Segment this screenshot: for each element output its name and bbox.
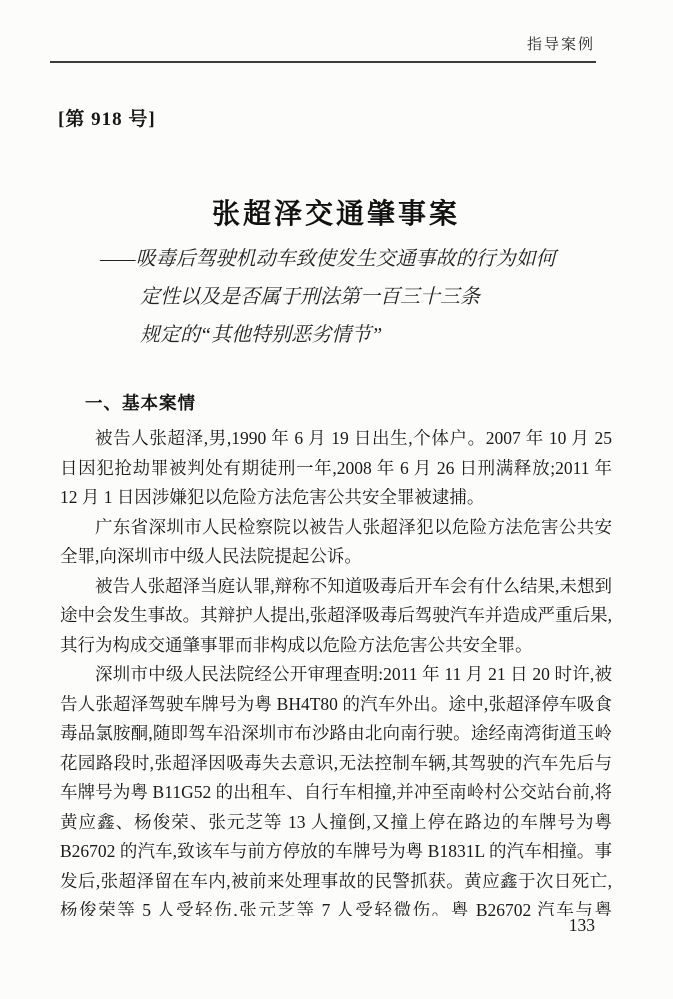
- case-number: [第 918 号]: [58, 104, 156, 131]
- page-number: 133: [60, 915, 595, 936]
- paragraph-court-findings: 深圳市中级人民法院经公开审理查明:2011 年 11 月 21 日 20 时许,…: [60, 660, 612, 916]
- case-title: 张超泽交通肇事案: [60, 192, 612, 232]
- section-heading-basic-facts: 一、基本案情: [60, 390, 612, 415]
- subtitle-line-2: 定性以及是否属于刑法第一百三十三条: [100, 278, 570, 316]
- running-head: 指导案例: [50, 33, 595, 54]
- scanned-book-page: 指导案例 [第 918 号] 张超泽交通肇事案 ——吸毒后驾驶机动车致使发生交通…: [0, 0, 673, 999]
- subtitle-line-1: ——吸毒后驾驶机动车致使发生交通事故的行为如何: [100, 240, 570, 278]
- body-text: 被告人张超泽,男,1990 年 6 月 19 日出生,个体户。2007 年 10…: [60, 424, 612, 916]
- header-rule: [50, 61, 596, 63]
- paragraph-defense-argument: 被告人张超泽当庭认罪,辩称不知道吸毒后开车会有什么结果,未想到途中会发生事故。其…: [60, 572, 612, 661]
- case-subtitle: ——吸毒后驾驶机动车致使发生交通事故的行为如何 定性以及是否属于刑法第一百三十三…: [100, 240, 570, 354]
- paragraph-prosecution: 广东省深圳市人民检察院以被告人张超泽犯以危险方法危害公共安全罪,向深圳市中级人民…: [60, 513, 612, 572]
- paragraph-defendant-info: 被告人张超泽,男,1990 年 6 月 19 日出生,个体户。2007 年 10…: [60, 424, 612, 513]
- subtitle-line-3: 规定的“其他特别恶劣情节”: [100, 316, 570, 354]
